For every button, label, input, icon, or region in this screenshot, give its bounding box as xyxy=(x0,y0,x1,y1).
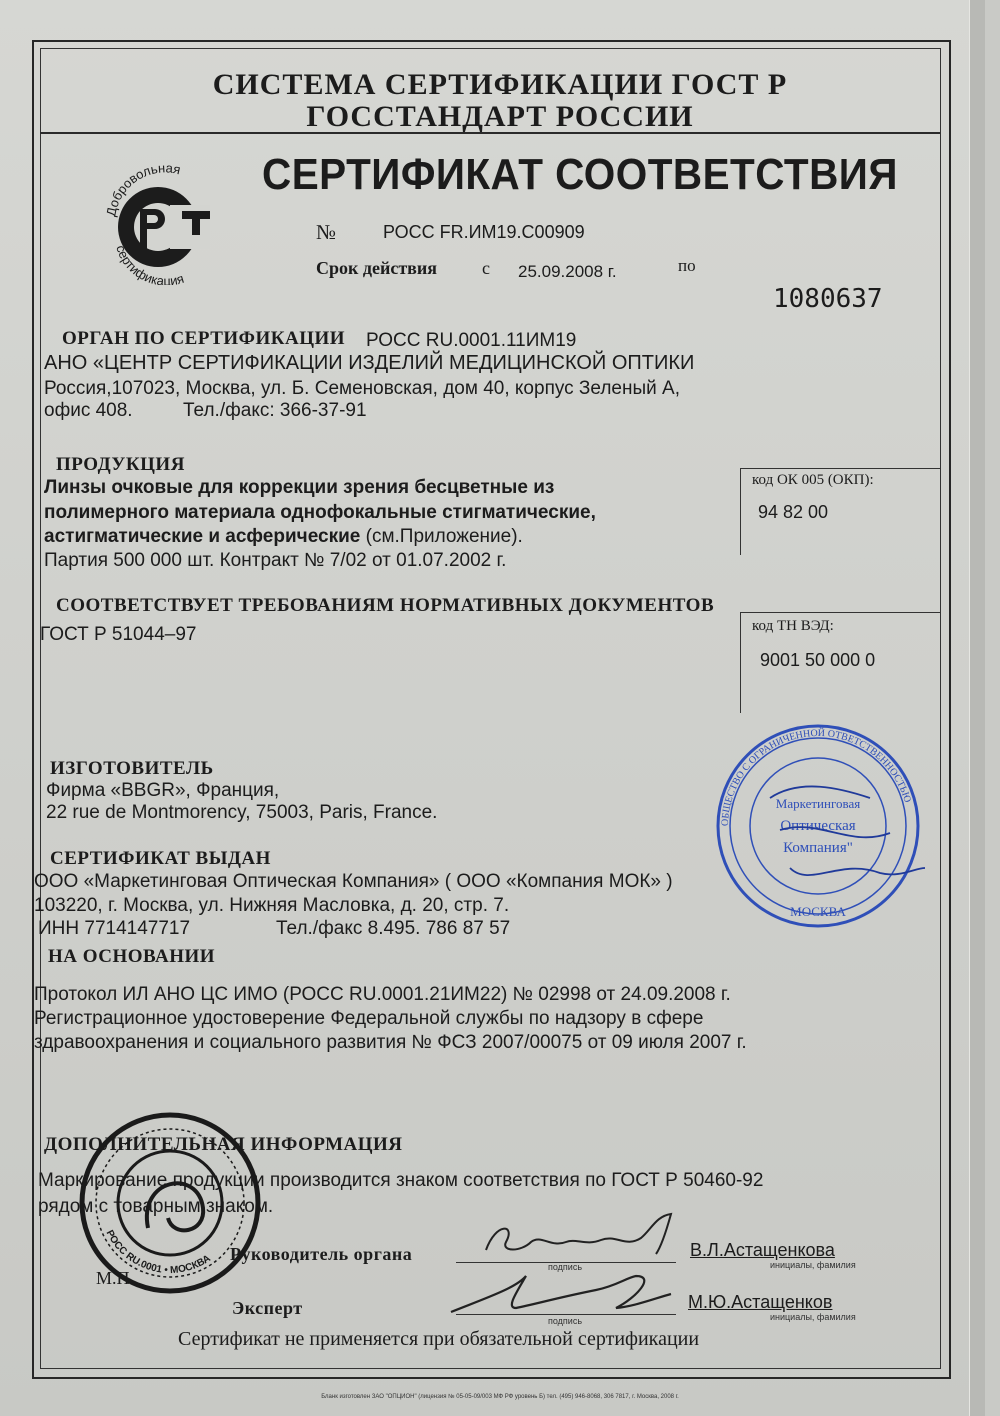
svg-text:Маркетинговая: Маркетинговая xyxy=(776,796,860,811)
issued-to-label: СЕРТИФИКАТ ВЫДАН xyxy=(50,848,271,870)
system-header: СИСТЕМА СЕРТИФИКАЦИИ ГОСТ Р xyxy=(0,68,1000,102)
basis-label: НА ОСНОВАНИИ xyxy=(48,946,215,968)
issued-to-phone: Тел./факс 8.495. 786 87 57 xyxy=(276,918,510,940)
rst-certification-logo-icon: Добровольная сертификация xyxy=(100,165,230,285)
voluntary-note: Сертификат не применяется при обязательн… xyxy=(178,1328,699,1351)
svg-text:Оптическая: Оптическая xyxy=(780,818,855,834)
validity-to-label: по xyxy=(678,256,696,276)
paper-edge xyxy=(969,0,985,1416)
gosstandart-header: ГОССТАНДАРТ РОССИИ xyxy=(0,100,1000,134)
basis-registration-2: здравоохранения и социального развития №… xyxy=(34,1032,747,1054)
tnved-code-label: код ТН ВЭД: xyxy=(752,618,834,635)
expert-name-caption: инициалы, фамилия xyxy=(770,1312,856,1322)
product-line-1: Линзы очковые для коррекции зрения бесцв… xyxy=(44,477,554,499)
expert-signature-label: Эксперт xyxy=(232,1298,303,1319)
compliance-label: СООТВЕТСТВУЕТ ТРЕБОВАНИЯМ НОРМАТИВНЫХ ДО… xyxy=(56,595,714,617)
manufacturer-label: ИЗГОТОВИТЕЛЬ xyxy=(50,758,214,780)
head-name: В.Л.Астащенкова xyxy=(690,1240,835,1261)
product-line-3: астигматические и асферические xyxy=(44,526,360,547)
svg-text:Компания": Компания" xyxy=(783,840,853,856)
expert-signature-icon xyxy=(446,1268,686,1318)
compliance-standard: ГОСТ Р 51044–97 xyxy=(40,624,196,646)
issued-to-address: 103220, г. Москва, ул. Нижняя Масловка, … xyxy=(34,895,509,917)
svg-text:МОСКВА: МОСКВА xyxy=(790,904,846,919)
tnved-code-value: 9001 50 000 0 xyxy=(760,650,875,671)
printer-info: Бланк изготовлен ЗАО "ОПЦИОН" (лицензия … xyxy=(0,1394,1000,1400)
expert-sign-caption: подпись xyxy=(548,1316,582,1326)
product-batch: Партия 500 000 шт. Контракт № 7/02 от 01… xyxy=(44,550,506,572)
product-label: ПРОДУКЦИЯ xyxy=(56,454,185,476)
manufacturer-name: Фирма «BBGR», Франция, xyxy=(46,780,279,802)
document-title: СЕРТИФИКАТ СООТВЕТСТВИЯ xyxy=(262,150,898,200)
cert-body-phone: Тел./факс: 366-37-91 xyxy=(183,400,367,422)
product-appendix-ref: (см.Приложение). xyxy=(360,526,523,547)
company-seal-blue-stamp-icon: ОБЩЕСТВО С ОГРАНИЧЕННОЙ ОТВЕТСТВЕННОСТЬЮ… xyxy=(700,718,940,930)
manufacturer-address: 22 rue de Montmorency, 75003, Paris, Fra… xyxy=(46,802,437,824)
header-divider xyxy=(40,132,940,134)
issued-to-inn: ИНН 7714147717 xyxy=(38,918,190,940)
cert-body-address: Россия,107023, Москва, ул. Б. Семеновска… xyxy=(44,378,680,400)
basis-registration-1: Регистрационное удостоверение Федерально… xyxy=(34,1008,703,1030)
issued-to-name: ООО «Маркетинговая Оптическая Компания» … xyxy=(34,871,673,893)
expert-name: М.Ю.Астащенков xyxy=(688,1292,832,1313)
serial-number: 1080637 xyxy=(773,284,883,314)
validity-label: Срок действия xyxy=(316,258,437,279)
cert-body-name: АНО «ЦЕНТР СЕРТИФИКАЦИИ ИЗДЕЛИЙ МЕДИЦИНС… xyxy=(44,352,694,375)
validity-from-label: с xyxy=(482,258,490,279)
certificate-number: РОСС FR.ИМ19.С00909 xyxy=(383,222,585,243)
okp-code-label: код ОК 005 (ОКП): xyxy=(752,472,874,489)
basis-protocol: Протокол ИЛ АНО ЦС ИМО (РОСС RU.0001.21И… xyxy=(34,984,731,1006)
head-name-caption: инициалы, фамилия xyxy=(770,1260,856,1270)
certification-body-black-stamp-icon: РОСС RU.0001 • МОСКВА xyxy=(78,1108,263,1298)
cert-body-code: РОСС RU.0001.11ИМ19 xyxy=(366,330,576,352)
certificate-page: СИСТЕМА СЕРТИФИКАЦИИ ГОСТ Р ГОССТАНДАРТ … xyxy=(0,0,985,1416)
head-signature-icon xyxy=(476,1212,686,1262)
okp-code-value: 94 82 00 xyxy=(758,502,828,523)
cert-body-office: офис 408. xyxy=(44,400,133,422)
validity-from-date: 25.09.2008 г. xyxy=(518,262,617,282)
product-line-2: полимерного материала однофокальные стиг… xyxy=(44,502,596,524)
cert-body-label: ОРГАН ПО СЕРТИФИКАЦИИ xyxy=(62,328,345,350)
number-label: № xyxy=(316,220,336,245)
